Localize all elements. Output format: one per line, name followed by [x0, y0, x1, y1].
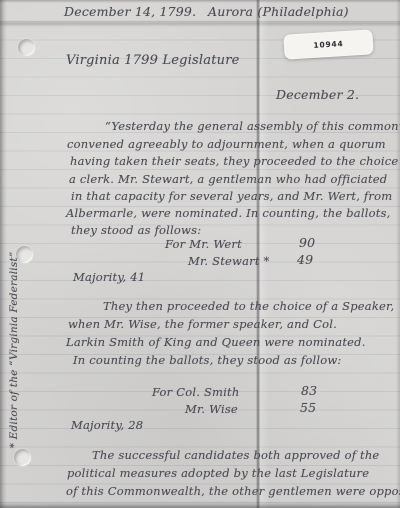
horizontal-fold-crease	[0, 20, 400, 27]
margin-note: * Editor of the “Virginia Federalist”	[9, 252, 20, 449]
page-left-edge	[0, 0, 7, 508]
paragraph2-line: Larkin Smith of King and Queen were nomi…	[66, 337, 366, 349]
majority-note: Majority, 28	[71, 420, 143, 432]
vote-name: Mr. Wise	[185, 404, 238, 416]
paragraph2-line: They then proceeded to the choice of a S…	[103, 301, 394, 313]
page-right-edge	[396, 0, 400, 508]
document-title: Virginia 1799 Legislature	[66, 54, 240, 67]
vote-count: 83	[301, 385, 317, 398]
vote-name: For Mr. Wert	[165, 239, 242, 251]
paragraph2-line: In counting the ballots, they stood as f…	[73, 355, 342, 367]
vote-name: Mr. Stewart *	[188, 256, 269, 268]
publication-name: Aurora (Philadelphia)	[208, 6, 349, 19]
vote-count: 49	[297, 254, 313, 267]
paragraph3-line: political measures adopted by the last L…	[67, 468, 369, 480]
paragraph1-line: in that capacity for several years, and …	[71, 191, 392, 203]
paragraph1-line: a clerk. Mr. Stewart, a gentleman who ha…	[69, 174, 387, 186]
vote-count: 90	[299, 237, 315, 250]
punch-hole-top	[18, 39, 35, 56]
document-date: December 14, 1799.	[64, 6, 196, 19]
document-page: 10944 December 14, 1799. Aurora (Philade…	[0, 0, 400, 508]
paragraph1-line: convened agreeably to adjournment, when …	[67, 139, 386, 151]
page-bottom-edge	[0, 501, 400, 508]
paragraph1-line: they stood as follows:	[71, 225, 201, 237]
entry-date: December 2.	[276, 89, 359, 102]
vote-name: For Col. Smith	[152, 387, 239, 399]
paragraph1-line: having taken their seats, they proceeded…	[70, 156, 400, 168]
paragraph1-line: Albermarle, were nominated. In counting,…	[66, 208, 391, 220]
catalog-number: 10944	[313, 39, 344, 50]
punch-hole-bottom	[14, 449, 31, 466]
paragraph2-line: when Mr. Wise, the former speaker, and C…	[68, 319, 337, 331]
majority-note: Majority, 41	[73, 272, 145, 284]
catalog-label: 10944	[283, 29, 373, 59]
paragraph3-line: The successful candidates both approved …	[92, 450, 379, 462]
paragraph3-line: of this Commonwealth, the other gentleme…	[66, 486, 400, 498]
page-top-edge	[0, 0, 400, 3]
vote-count: 55	[300, 402, 316, 415]
paragraph1-line: “Yesterday the general assembly of this …	[105, 121, 400, 133]
